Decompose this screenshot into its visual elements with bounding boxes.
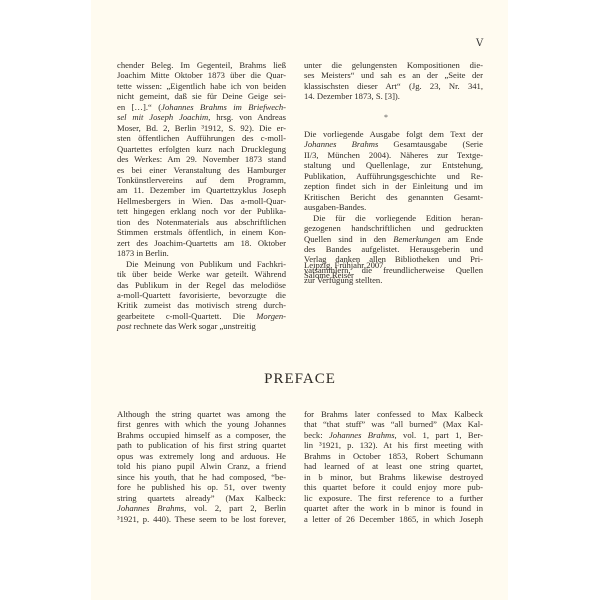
text-line: sten öffentlichen Aufführungen des c-mol… (117, 133, 286, 143)
text-line: sel mit Joseph Joachim, hrsg. von Andrea… (117, 112, 286, 122)
text-line: ³1921, p. 440). These seem to be lost fo… (117, 514, 286, 524)
text-line: tette wissen: „Eigentlich habe ich von b… (117, 81, 286, 91)
preface-heading: PREFACE (0, 371, 600, 388)
text-line: Brahms in October 1853, Robert Schumann (304, 451, 483, 461)
text-line: es bei einer Veranstaltung des Hamburger (117, 165, 286, 175)
page-number: V (476, 38, 483, 49)
text-line: ausgaben-Bandes. (304, 202, 483, 212)
text-line: 1873 in Berlin. (117, 248, 286, 258)
text-line: am 11. Dezember im Quartettzyklus Joseph (117, 185, 286, 195)
text-line: Hellmesbergers in Wien. Das a-moll-Quar- (117, 196, 286, 206)
text-line: path to publication of his first string … (117, 440, 286, 450)
text-line: a letter of 26 December 1865, in which J… (304, 514, 483, 524)
text-line: Stimmen erstmals öffentlich, in einem Ko… (117, 227, 286, 237)
text-line: gezogenen handschriftlichen und gedruckt… (304, 223, 483, 233)
text-line: string quartets already” (Max Kalbeck: (117, 493, 286, 503)
text-line: Kritik zumeist das motivisch streng durc… (117, 300, 286, 310)
text-line: first genres with which the young Johann… (117, 419, 286, 429)
text-line: tion des Notenmaterials aus abschriftlic… (117, 217, 286, 227)
text-line: II/3, München 2004). Näheres zur Textge- (304, 150, 483, 160)
text-line: fore he published his op. 51, over twent… (117, 482, 286, 492)
text-line: tik über beide Werke war geteilt. Währen… (117, 269, 286, 279)
text-line: lic exposure. The first reference to a f… (304, 493, 483, 503)
german-left-column: chender Beleg. Im Gegenteil, Brahms ließ… (117, 60, 286, 332)
text-line: Brahms occupied himself as a composer, t… (117, 430, 286, 440)
text-line: tett hingegen erklang noch vor der Publi… (117, 206, 286, 216)
text-line: quartet after the work in b minor is fou… (304, 503, 483, 513)
text-line: en […].“ (Johannes Brahms im Briefwech- (117, 102, 286, 112)
text-line: Johannes Brahms, vol. 2, part 2, Berlin (117, 503, 286, 513)
text-line: Kritischen Bericht des genannten Gesamt- (304, 192, 483, 202)
text-line: for Brahms later confessed to Max Kalbec… (304, 409, 483, 419)
text-line: lin ³1921, p. 132). At his first meeting… (304, 440, 483, 450)
text-line: Although the string quartet was among th… (117, 409, 286, 419)
text-line: Die Meinung von Publikum und Fachkri- (117, 259, 286, 269)
text-line: nicht gemeint, daß sie für Deine Geige s… (117, 91, 286, 101)
author-name: Salome Reiser (304, 270, 483, 280)
signature-block: Leipzig, Frühjahr 2007 Salome Reiser (304, 260, 483, 281)
text-line: a-moll-Quartett favorisierte, bevorzugte… (117, 290, 286, 300)
text-line: chender Beleg. Im Gegenteil, Brahms ließ (117, 60, 286, 70)
section-separator: * (384, 113, 388, 122)
text-line: Die vorliegende Ausgabe folgt dem Text d… (304, 129, 483, 139)
text-line: zeption findet sich in der Einleitung un… (304, 181, 483, 191)
text-line: des Bandes aufgelistet. Herausgeberin un… (304, 244, 483, 254)
text-line: Publikation, Aufführungsgeschichte und R… (304, 171, 483, 181)
text-line: that “that stuff” was “all burned” (Max … (304, 419, 483, 429)
text-line: klassischsten dieser Art“ (Jg. 23, Nr. 3… (304, 81, 483, 91)
text-line: das Publikum in der Regel das melodiöse (117, 280, 286, 290)
text-line: staltung und Quellenlage, zur Entstehung… (304, 160, 483, 170)
text-line: Joachim Mitte Oktober 1873 über die Quar… (117, 70, 286, 80)
text-line: beck: Johannes Brahms, vol. 1, part 1, B… (304, 430, 483, 440)
text-line: zert des Joachim-Quartetts am 18. Oktobe… (117, 238, 286, 248)
text-line: unter die gelungensten Kompositionen die… (304, 60, 483, 70)
text-line: Die für die vorliegende Edition heran- (304, 213, 483, 223)
english-right-column: for Brahms later confessed to Max Kalbec… (304, 409, 483, 524)
text-line: Tonkünstlervereins auf dem Programm, (117, 175, 286, 185)
text-line: had learned of at least one string quart… (304, 461, 483, 471)
text-line: Johannes Brahms Gesamtausgabe (Serie (304, 139, 483, 149)
text-line: post rechnete das Werk sogar „unstreitig (117, 321, 286, 331)
text-line: des Werkes: Am 29. November 1873 stand (117, 154, 286, 164)
text-line: Moser, Bd. 2, Berlin ³1912, S. 92). Die … (117, 123, 286, 133)
text-line: this quartet before it could enjoy more … (304, 482, 483, 492)
place-date: Leipzig, Frühjahr 2007 (304, 260, 483, 270)
text-line: gearbeitete c-moll-Quartett. Die Morgen- (117, 311, 286, 321)
text-line: 14. Dezember 1873, S. [3]). (304, 91, 483, 101)
german-right-column-top: unter die gelungensten Kompositionen die… (304, 60, 483, 102)
text-line: opus was extremely long and arduous. He (117, 451, 286, 461)
text-line: ses Meisters“ und sah es an der „Seite d… (304, 70, 483, 80)
text-line: since his youth, that he had composed, “… (117, 472, 286, 482)
text-line: Quellen sind in den Bemerkungen am Ende (304, 234, 483, 244)
text-line: Quartettes erfolgten kurz nach Drucklegu… (117, 144, 286, 154)
text-line: in b minor, but Brahms likewise destroye… (304, 472, 483, 482)
text-line: told his piano pupil Alwin Cranz, a frie… (117, 461, 286, 471)
english-left-column: Although the string quartet was among th… (117, 409, 286, 524)
